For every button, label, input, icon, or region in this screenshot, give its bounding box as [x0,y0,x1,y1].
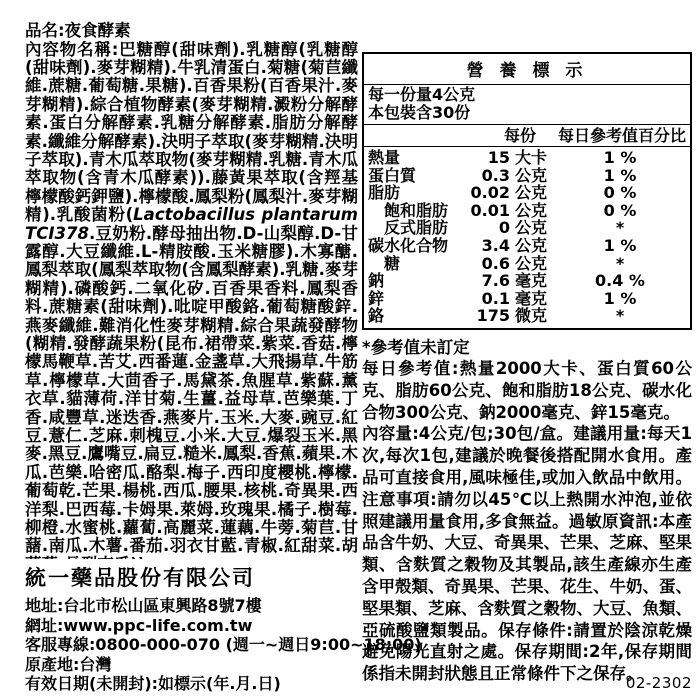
nutrient-name: 鉻 [368,307,384,325]
company-block: 統一藥品股份有限公司 地址:台北市松山區東興路8號7樓 網址:www.ppc-l… [25,562,358,694]
nutrient-name: 鋅 [368,290,384,308]
nutrition-row-trans-fat: 反式脂肪 0 公克 * [368,219,686,237]
nutrient-unit: 公克 [510,255,554,273]
nutrient-daily-value: 1 % [554,290,686,308]
nutrient-value: 0.01 [448,202,510,220]
nutrient-unit: 公克 [510,184,554,202]
nutrient-name: 鈉 [368,272,384,290]
nutrition-row-sugar: 糖 0.6 公克 * [368,255,686,273]
servings-per-pack-line: 本包裝含30份 [368,104,686,122]
nutrition-row-protein: 蛋白質 0.3 公克 1 % [368,167,686,185]
serving-size-line: 每一份量4公克 [368,86,686,104]
nutrition-facts-table: 營 養 標 示 每一份量4公克 本包裝含30份 每份 每日參考值百分比 熱量 1… [362,52,692,330]
nutrient-value: 0.02 [400,184,510,202]
nutrient-name: 脂肪 [368,184,400,202]
nutrient-value: 0.6 [400,255,510,273]
nutrient-name: 反式脂肪 [368,219,448,237]
product-label-page: 品名:夜食酵素 內容物名稱:巴糖醇(甜味劑).乳糖醇(乳糖醇(甜味劑).麥芽糊精… [0,0,700,700]
nutrition-row-sodium: 鈉 7.6 毫克 0.4 % [368,272,686,290]
nutrient-daily-value: 0 % [554,202,686,220]
document-code: 02-2302 [626,674,692,692]
nutrient-unit: 公克 [510,202,554,220]
company-name: 統一藥品股份有限公司 [25,562,358,592]
nutrition-row-calories: 熱量 15 大卡 1 % [368,149,686,167]
serving-info: 每一份量4公克 本包裝含30份 [364,85,690,125]
company-expiry: 有效日期(未開封):如標示(年.月.日) [25,674,358,694]
nutrition-rows: 熱量 15 大卡 1 % 蛋白質 0.3 公克 1 % 脂肪 0.02 公克 0… [364,147,690,328]
nutrient-unit: 微克 [510,307,554,325]
nutrient-name: 飽和脂肪 [368,202,448,220]
daily-reference-paragraph: 每日參考值:熱量2000大卡、蛋白質60公克、脂肪60公克、飽和脂肪18公克、碳… [362,358,692,423]
nutrient-name: 熱量 [368,149,400,167]
daily-value-footnote: *參考值未訂定 [362,337,692,358]
nutrient-value: 0 [448,219,510,237]
left-column: 品名:夜食酵素 內容物名稱:巴糖醇(甜味劑).乳糖醇(乳糖醇(甜味劑).麥芽糊精… [25,22,358,698]
nutrient-unit: 毫克 [510,290,554,308]
nutrient-unit: 公克 [510,167,554,185]
ingredients-paragraph: 內容物名稱:巴糖醇(甜味劑).乳糖醇(乳糖醇(甜味劑).麥芽糊精).牛乳清蛋白.… [25,41,358,559]
nutrient-name: 蛋白質 [368,167,416,185]
company-hotline: 客服專線:0800-000-070 (週一~週日9:00~18:00) [25,635,358,655]
nutrient-unit: 公克 [510,237,554,255]
nutrient-value: 3.4 [448,237,510,255]
ingredients-text-part2: .豆奶粉.酵母抽出物.D-山梨醇.D-甘露醇.大豆纖維.L-精胺酸.玉米糖膠).… [25,224,358,559]
nutrition-row-zinc: 鋅 0.1 毫克 1 % [368,290,686,308]
nutrient-unit: 公克 [510,219,554,237]
nutrient-unit: 毫克 [510,272,554,290]
right-column: 營 養 標 示 每一份量4公克 本包裝含30份 每份 每日參考值百分比 熱量 1… [362,52,692,685]
nutrient-daily-value: 1 % [554,237,686,255]
nutrient-value: 0.3 [416,167,510,185]
column-header-daily-value: 每日參考值百分比 [536,126,686,145]
nutrition-table-title: 營 養 標 示 [364,54,690,85]
company-website: 網址:www.ppc-life.com.tw [25,616,358,636]
nutrition-row-saturated-fat: 飽和脂肪 0.01 公克 0 % [368,202,686,220]
nutrient-name: 糖 [368,255,400,273]
nutrition-row-fat: 脂肪 0.02 公克 0 % [368,184,686,202]
nutrient-daily-value: 0 % [554,184,686,202]
nutrient-daily-value: * [554,307,686,325]
nutrient-daily-value: * [554,255,686,273]
usage-and-warnings-paragraph: 內容量:4公克/包;30包/盒。建議用量:每天1次,每次1包,建議於晚餐後搭配開… [362,423,692,685]
nutrient-value: 175 [384,307,510,325]
nutrient-daily-value: 0.4 % [554,272,686,290]
company-origin: 原產地:台灣 [25,655,358,675]
product-name-line: 品名:夜食酵素 [25,22,358,41]
nutrition-row-chromium: 鉻 175 微克 * [368,307,686,325]
nutrient-value: 7.6 [384,272,510,290]
nutrient-daily-value: * [554,219,686,237]
nutrient-value: 15 [400,149,510,167]
nutrition-column-headers: 每份 每日參考值百分比 [364,125,690,147]
nutrient-value: 0.1 [384,290,510,308]
ingredients-text-part1: 內容物名稱:巴糖醇(甜味劑).乳糖醇(乳糖醇(甜味劑).麥芽糊精).牛乳清蛋白.… [25,41,358,225]
nutrient-daily-value: 1 % [554,167,686,185]
company-address: 地址:台北市松山區東興路8號7樓 [25,596,358,616]
nutrient-name: 碳水化合物 [368,237,448,255]
nutrient-daily-value: 1 % [554,149,686,167]
nutrition-row-carbohydrate: 碳水化合物 3.4 公克 1 % [368,237,686,255]
nutrient-unit: 大卡 [510,149,554,167]
column-header-per-serving: 每份 [504,126,536,145]
